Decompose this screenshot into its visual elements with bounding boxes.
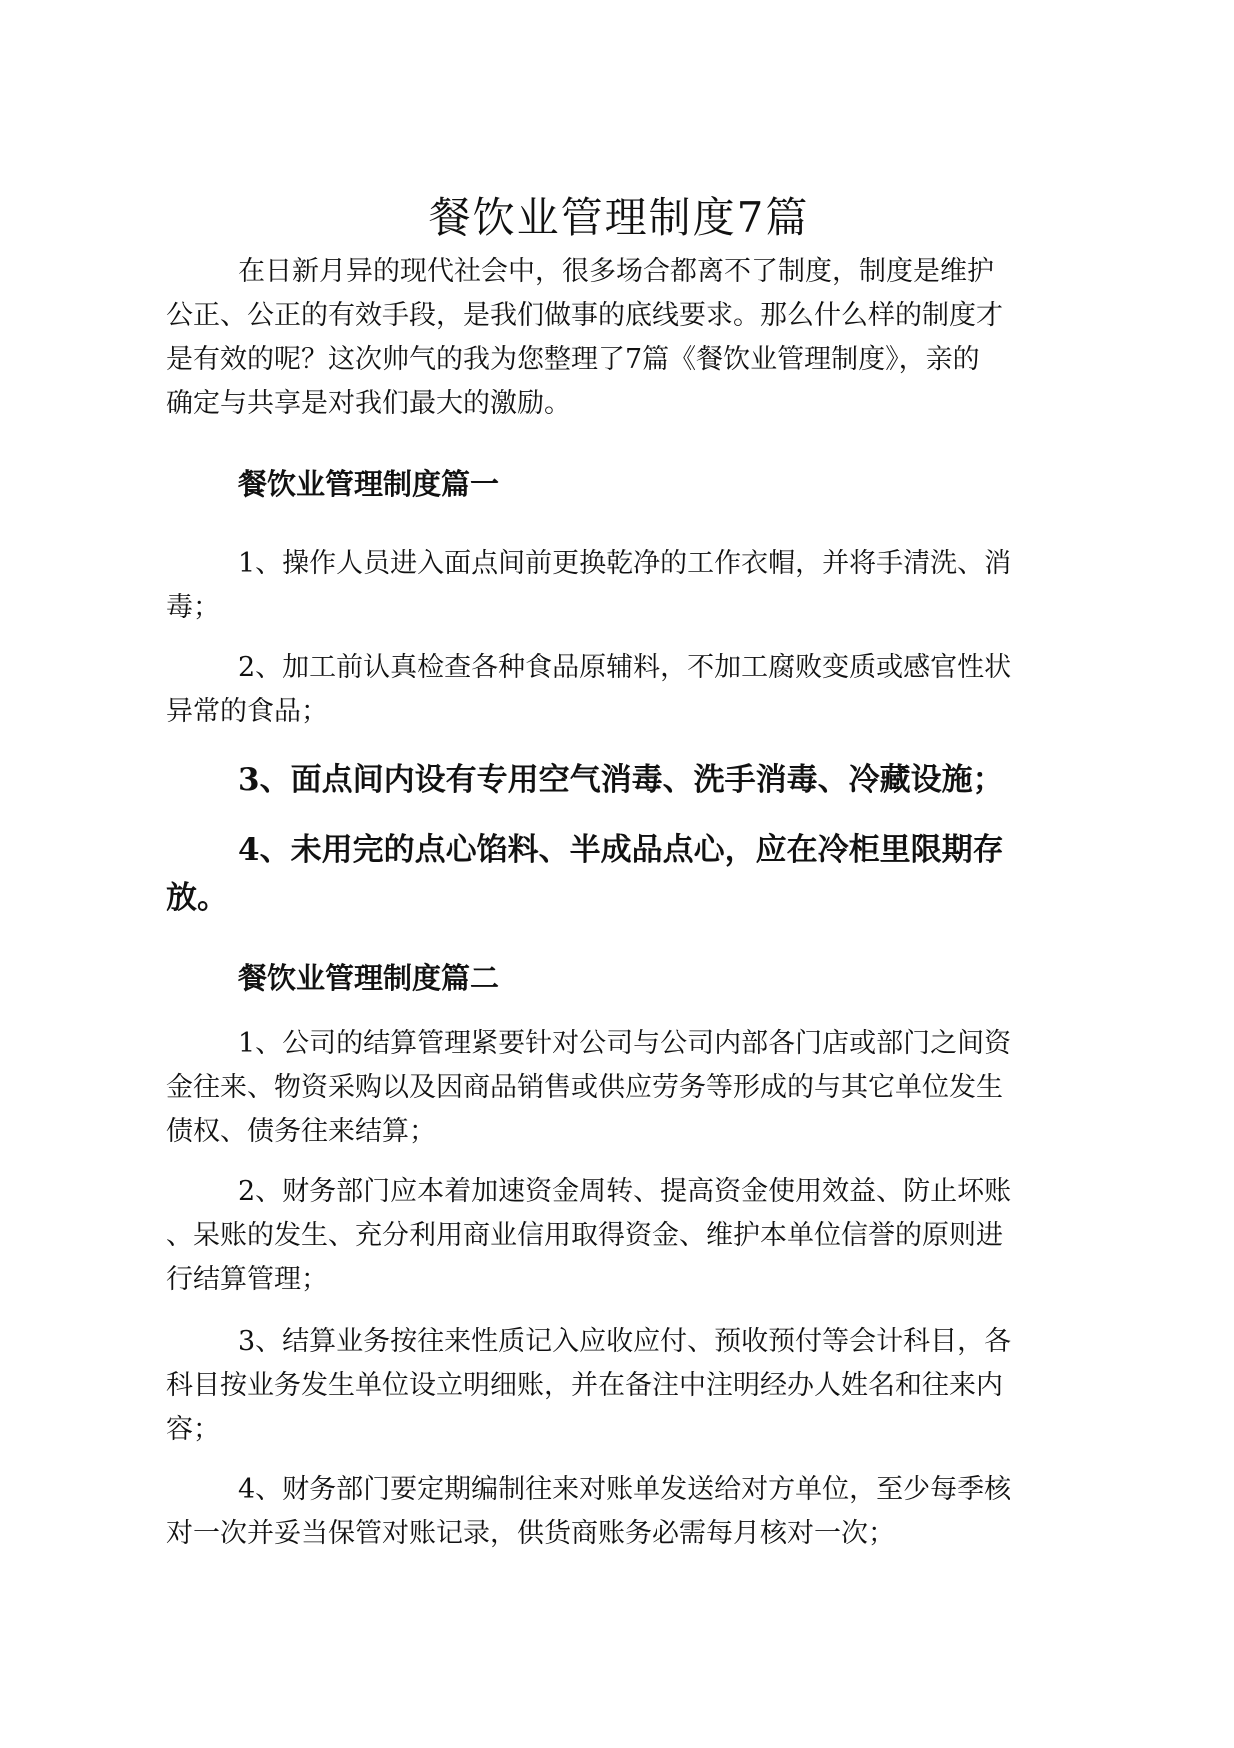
- item-line: 债权、债务往来结算；: [166, 1112, 436, 1152]
- item-line: 异常的食品；: [166, 692, 328, 732]
- item-line: 1、公司的结算管理紧要针对公司与公司内部各门店或部门之间资: [238, 1024, 1011, 1064]
- item-line: 3、结算业务按往来性质记入应收应付、预收预付等会计科目，各: [238, 1322, 1011, 1362]
- item-line: 、呆账的发生、充分利用商业信用取得资金、维护本单位信誉的原则进: [166, 1216, 1003, 1256]
- item-line: 科目按业务发生单位设立明细账，并在备注中注明经办人姓名和往来内: [166, 1366, 1003, 1406]
- intro-line: 公正、公正的有效手段，是我们做事的底线要求。那么什么样的制度才: [166, 296, 1003, 336]
- item-line: 1、操作人员进入面点间前更换乾净的工作衣帽，并将手清洗、消: [238, 544, 1011, 584]
- item-line: 对一次并妥当保管对账记录，供货商账务必需每月核对一次；: [166, 1514, 895, 1554]
- item-line: 3、面点间内设有专用空气消毒、洗手消毒、冷藏设施；: [238, 760, 1004, 800]
- intro-line: 是有效的呢？这次帅气的我为您整理了7篇《餐饮业管理制度》，亲的: [166, 340, 980, 380]
- item-line: 2、加工前认真检查各种食品原辅料，不加工腐败变质或感官性状: [238, 648, 1011, 688]
- section1-heading: 餐饮业管理制度篇一: [238, 464, 499, 504]
- item-line: 2、财务部门应本着加速资金周转、提高资金使用效益、防止坏账: [238, 1172, 1011, 1212]
- section2-heading: 餐饮业管理制度篇二: [238, 958, 499, 998]
- intro-line: 确定与共享是对我们最大的激励。: [166, 384, 571, 424]
- item-line: 放。: [166, 878, 228, 918]
- item-line: 容；: [166, 1410, 220, 1450]
- document-title: 餐饮业管理制度7篇: [166, 190, 1072, 246]
- item-line: 毒；: [166, 588, 220, 628]
- item-line: 4、未用完的点心馅料、半成品点心，应在冷柜里限期存: [238, 830, 1004, 870]
- item-line: 金往来、物资采购以及因商品销售或供应劳务等形成的与其它单位发生: [166, 1068, 1003, 1108]
- intro-line: 在日新月异的现代社会中，很多场合都离不了制度，制度是维护: [238, 252, 994, 292]
- item-line: 4、财务部门要定期编制往来对账单发送给对方单位，至少每季核: [238, 1470, 1011, 1510]
- item-line: 行结算管理；: [166, 1260, 328, 1300]
